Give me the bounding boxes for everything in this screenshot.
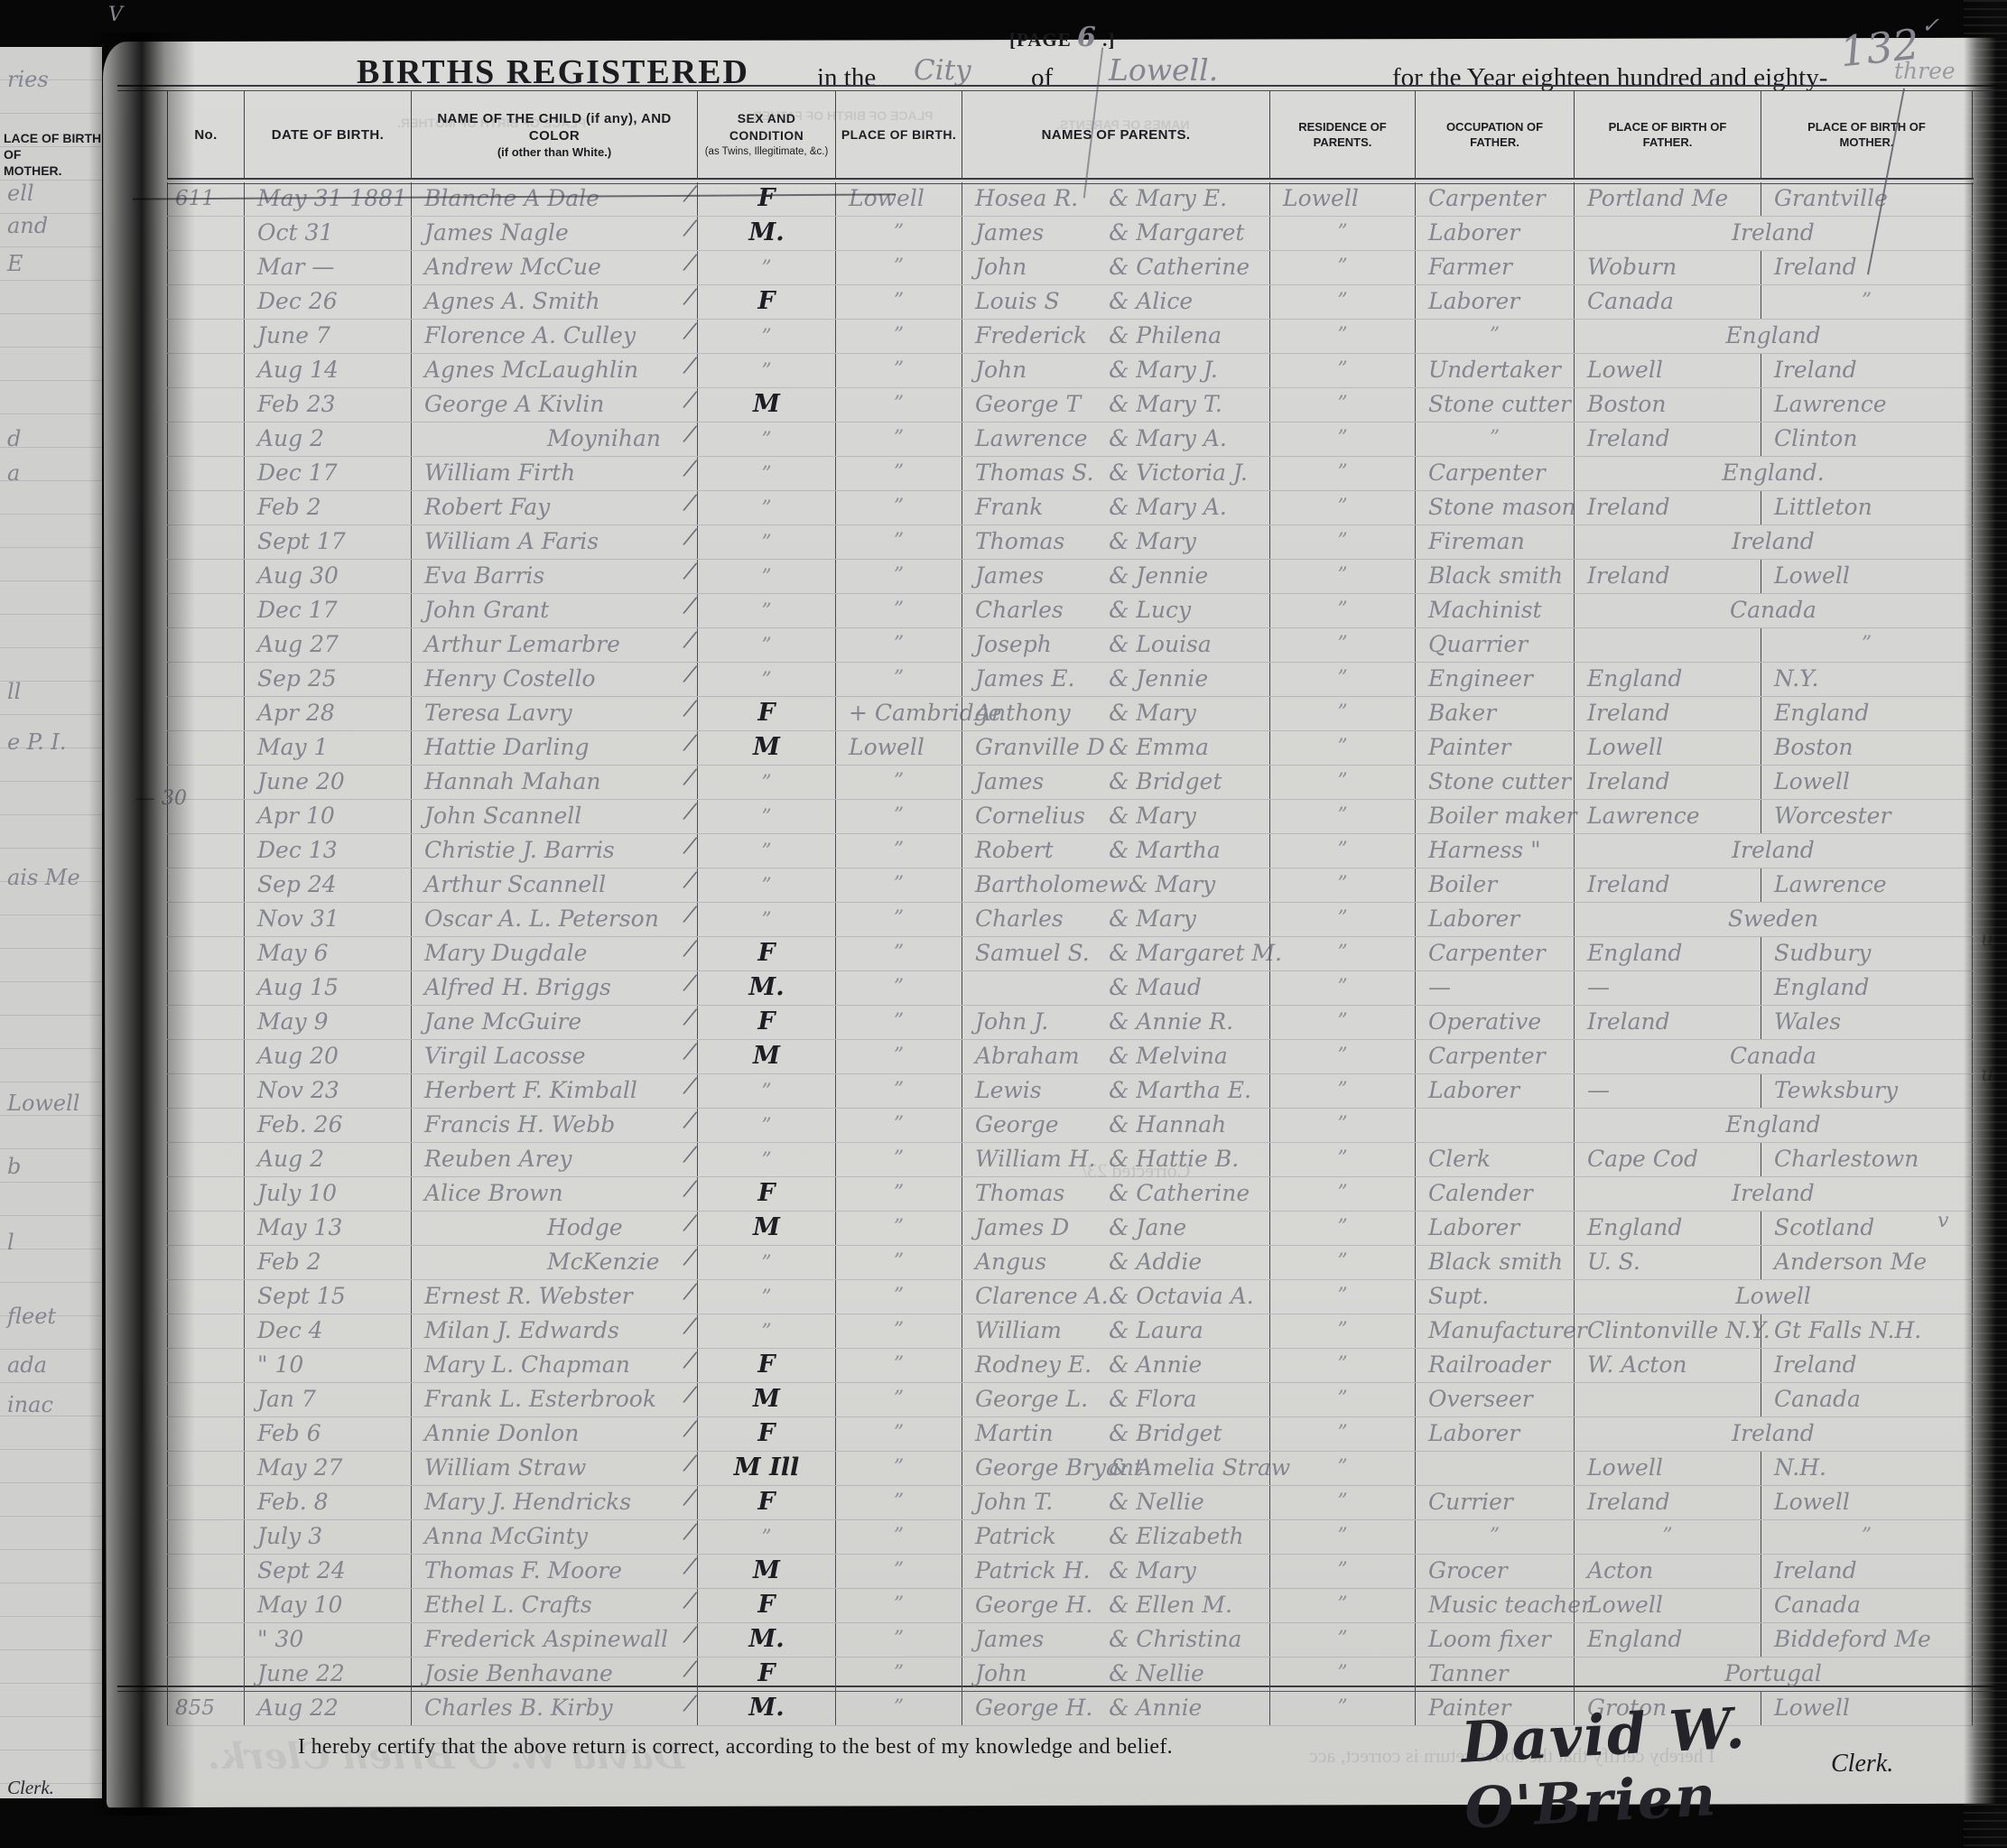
previous-page-fragment: E: [7, 251, 23, 276]
cell-sex: ⁄M: [697, 1040, 835, 1073]
cell-sex: ⁄”: [697, 1143, 835, 1176]
previous-page-fragment: Lowell: [7, 1091, 79, 1116]
cell-sex: ⁄”: [697, 594, 835, 627]
cell-date: Dec 17: [244, 457, 411, 490]
cell-date: Feb 2: [244, 1246, 411, 1279]
cell-occupation: Quarrier: [1415, 628, 1574, 662]
cell-parents: George L.& Flora: [962, 1383, 1269, 1416]
cell-mother-birthplace: Littleton: [1761, 491, 1973, 525]
cell-birthplace: ”: [835, 1623, 962, 1657]
cell-parents-birthplace-span: Ireland: [1574, 834, 1973, 868]
cell-sex: ⁄F: [697, 1349, 835, 1382]
cell-date: " 30: [244, 1623, 411, 1657]
table-row: May 9Jane McGuire⁄F”John J.& Annie R.”Op…: [167, 1006, 1973, 1040]
cell-birthplace: ”: [835, 1692, 962, 1725]
table-row: Aug 20Virgil Lacosse⁄M”Abraham& Melvina”…: [167, 1040, 1973, 1074]
cell-residence: ”: [1269, 1658, 1415, 1691]
cell-residence: ”: [1269, 423, 1415, 456]
cell-child-name: McKenzie: [411, 1246, 697, 1279]
cell-birthplace: ”: [835, 1417, 962, 1451]
cell-date: Apr 28: [244, 697, 411, 730]
cell-father-birthplace: England: [1574, 1212, 1761, 1245]
cell-father-birthplace: [1574, 1383, 1761, 1416]
col-header-sex: SEX AND CONDITION(as Twins, Illegitimate…: [697, 90, 835, 179]
cell-parents: James& Jennie: [962, 560, 1269, 593]
cell-child-name: Alice Brown: [411, 1177, 697, 1211]
cell-no: [167, 1314, 244, 1348]
cell-residence: ”: [1269, 800, 1415, 833]
cell-occupation: Machinist: [1415, 594, 1574, 627]
cell-no: [167, 1383, 244, 1416]
cell-occupation: Stone cutter: [1415, 766, 1574, 799]
cell-occupation: Currier: [1415, 1486, 1574, 1519]
cell-parents-birthplace-span: Ireland: [1574, 217, 1973, 250]
pencil-margin-mark: — 30: [135, 787, 187, 810]
cell-sex: ⁄”: [697, 251, 835, 284]
table-row: May 6Mary Dugdale⁄F”Samuel S.& Margaret …: [167, 937, 1973, 971]
cell-mother-birthplace: ”: [1761, 628, 1973, 662]
cell-occupation: ”: [1415, 320, 1574, 353]
cell-residence: ”: [1269, 1314, 1415, 1348]
cell-residence: ”: [1269, 697, 1415, 730]
cell-child-name: Anna McGinty: [411, 1520, 697, 1554]
cell-birthplace: ”: [835, 1177, 962, 1211]
cell-parents: Thomas& Mary: [962, 525, 1269, 559]
cell-birthplace: ”: [835, 217, 962, 250]
table-row: Apr 28Teresa Lavry⁄F+ CambridgeAnthony& …: [167, 697, 1973, 731]
cell-sex: ⁄”: [697, 800, 835, 833]
cell-no: [167, 594, 244, 627]
cell-residence: ”: [1269, 1623, 1415, 1657]
cell-birthplace: ”: [835, 628, 962, 662]
cell-father-birthplace: Canada: [1574, 285, 1761, 319]
table-row: " 10Mary L. Chapman⁄F”Rodney E.& Annie”R…: [167, 1349, 1973, 1383]
cell-parents: George H.& Ellen M.: [962, 1589, 1269, 1622]
cell-birthplace: ”: [835, 251, 962, 284]
cell-sex: ⁄F: [697, 1417, 835, 1451]
cell-residence: ”: [1269, 1486, 1415, 1519]
cell-residence: ”: [1269, 1143, 1415, 1176]
cell-no: [167, 1109, 244, 1142]
cell-birthplace: ”: [835, 1246, 962, 1279]
cell-no: [167, 560, 244, 593]
previous-page-fragment: ais Me: [7, 865, 80, 890]
cell-occupation: Calender: [1415, 1177, 1574, 1211]
cell-father-birthplace: Portland Me: [1574, 182, 1761, 216]
table-row: Dec 17John Grant⁄””Charles& Lucy”Machini…: [167, 594, 1973, 628]
previous-page-fragment: inac: [7, 1392, 53, 1417]
cell-mother-birthplace: England: [1761, 971, 1973, 1005]
cell-child-name: Florence A. Culley: [411, 320, 697, 353]
cell-mother-birthplace: N.H.: [1761, 1452, 1973, 1485]
cell-occupation: Stone mason: [1415, 491, 1574, 525]
cell-date: Aug 2: [244, 423, 411, 456]
cell-child-name: Arthur Lemarbre: [411, 628, 697, 662]
cell-occupation: Operative: [1415, 1006, 1574, 1039]
cell-residence: ”: [1269, 731, 1415, 765]
cell-sex: ⁄”: [697, 868, 835, 902]
col-header-occupation: OCCUPATION OFFATHER.: [1415, 90, 1574, 179]
cell-birthplace: ”: [835, 1280, 962, 1314]
cell-sex: ⁄F: [697, 285, 835, 319]
cell-occupation: Carpenter: [1415, 1040, 1574, 1073]
cell-parents: Samuel S.& Margaret M.: [962, 937, 1269, 970]
col-header-father-birthplace: PLACE OF BIRTH OFFATHER.: [1574, 90, 1761, 179]
cell-occupation: Manufacturer: [1415, 1314, 1574, 1348]
cell-child-name: Agnes A. Smith: [411, 285, 697, 319]
table-row: Feb 2Robert Fay⁄””Frank& Mary A.”Stone m…: [167, 491, 1973, 525]
cell-child-name: Blanche A Dale: [411, 182, 697, 216]
col-header-place: PLACE OF BIRTH.: [835, 90, 962, 179]
cell-residence: ”: [1269, 388, 1415, 422]
cell-parents: Robert& Martha: [962, 834, 1269, 868]
cell-no: 855: [167, 1692, 244, 1725]
col-header-parents: NAMES OF PARENTS.: [962, 90, 1269, 179]
cell-residence: ”: [1269, 560, 1415, 593]
cell-mother-birthplace: Ireland: [1761, 1349, 1973, 1382]
cell-parents: George& Hannah: [962, 1109, 1269, 1142]
cell-father-birthplace: —: [1574, 971, 1761, 1005]
cell-parents: Joseph& Louisa: [962, 628, 1269, 662]
cell-child-name: Josie Benhavane: [411, 1658, 697, 1691]
cell-mother-birthplace: Anderson Me: [1761, 1246, 1973, 1279]
cell-parents: Frank& Mary A.: [962, 491, 1269, 525]
cell-sex: ⁄F: [697, 1006, 835, 1039]
cell-parents: Frederick& Philena: [962, 320, 1269, 353]
cell-residence: ”: [1269, 1074, 1415, 1108]
cell-occupation: Farmer: [1415, 251, 1574, 284]
table-row: Aug 2Moynihan⁄””Lawrence& Mary A.””Irela…: [167, 423, 1973, 457]
table-row: June 20Hannah Mahan⁄””James& Bridget”Sto…: [167, 766, 1973, 800]
pencil-margin-mark: V: [108, 4, 123, 26]
cell-date: Dec 17: [244, 594, 411, 627]
cell-birthplace: ”: [835, 1314, 962, 1348]
cell-father-birthplace: [1574, 628, 1761, 662]
cell-birthplace: ”: [835, 1452, 962, 1485]
cell-occupation: —: [1415, 971, 1574, 1005]
cell-occupation: Carpenter: [1415, 937, 1574, 970]
cell-birthplace: ”: [835, 560, 962, 593]
col-header-date: DATE OF BIRTH.: [244, 90, 411, 179]
cell-no: [167, 1658, 244, 1691]
cell-child-name: Agnes McLaughlin: [411, 354, 697, 387]
cell-father-birthplace: Lowell: [1574, 1589, 1761, 1622]
cell-child-name: Henry Costello: [411, 663, 697, 696]
cell-child-name: Reuben Arey: [411, 1143, 697, 1176]
cell-sex: ⁄”: [697, 354, 835, 387]
cell-child-name: Oscar A. L. Peterson: [411, 903, 697, 936]
cell-no: [167, 1452, 244, 1485]
cell-date: May 6: [244, 937, 411, 970]
pencil-margin-mark: u: [1981, 1063, 1993, 1086]
cell-birthplace: ”: [835, 1109, 962, 1142]
cell-parents: George Bryant& Amelia Straw: [962, 1452, 1269, 1485]
table-row: Sep 24Arthur Scannell⁄””Bartholomew& Mar…: [167, 868, 1973, 903]
table-row: Mar —Andrew McCue⁄””John& Catherine”Farm…: [167, 251, 1973, 285]
cell-residence: ”: [1269, 1589, 1415, 1622]
cell-occupation: Black smith: [1415, 1246, 1574, 1279]
cell-no: [167, 491, 244, 525]
cell-date: Aug 15: [244, 971, 411, 1005]
cell-father-birthplace: England: [1574, 663, 1761, 696]
cell-no: [167, 1280, 244, 1314]
cell-parents-birthplace-span: Canada: [1574, 594, 1973, 627]
cell-parents: Patrick& Elizabeth: [962, 1520, 1269, 1554]
cell-birthplace: ”: [835, 457, 962, 490]
cell-no: [167, 1040, 244, 1073]
table-row: Sept 15Ernest R. Webster⁄””Clarence A.& …: [167, 1280, 1973, 1314]
table-header-row: No. DATE OF BIRTH. NAME OF THE CHILD (if…: [167, 90, 1973, 179]
table-row: Dec 17William Firth⁄””Thomas S.& Victori…: [167, 457, 1973, 491]
previous-page-fragment: ada: [7, 1352, 47, 1378]
cell-child-name: Charles B. Kirby: [411, 1692, 697, 1725]
cell-parents: George H.& Annie: [962, 1692, 1269, 1725]
cell-sex: ⁄M Ill: [697, 1452, 835, 1485]
cell-father-birthplace: Lowell: [1574, 1452, 1761, 1485]
cell-father-birthplace: Ireland: [1574, 868, 1761, 902]
cell-residence: ”: [1269, 217, 1415, 250]
cell-date: June 20: [244, 766, 411, 799]
cell-birthplace: ”: [835, 320, 962, 353]
cell-residence: ”: [1269, 834, 1415, 868]
cell-sex: ⁄M: [697, 1555, 835, 1588]
cell-date: May 10: [244, 1589, 411, 1622]
cell-sex: ⁄”: [697, 766, 835, 799]
cell-child-name: Teresa Lavry: [411, 697, 697, 730]
cell-no: [167, 388, 244, 422]
cell-mother-birthplace: Biddeford Me: [1761, 1623, 1973, 1657]
cell-date: Dec 4: [244, 1314, 411, 1348]
cell-mother-birthplace: Ireland: [1761, 251, 1973, 284]
cell-parents: John& Nellie: [962, 1658, 1269, 1691]
cell-date: Aug 27: [244, 628, 411, 662]
cell-birthplace: ”: [835, 937, 962, 970]
cell-parents: Lawrence& Mary A.: [962, 423, 1269, 456]
certification-text: I hereby certify that the above return i…: [298, 1735, 1173, 1760]
cell-father-birthplace: W. Acton: [1574, 1349, 1761, 1382]
col-header-no: No.: [167, 90, 244, 179]
cell-date: Feb 23: [244, 388, 411, 422]
cell-no: [167, 423, 244, 456]
cell-date: Aug 30: [244, 560, 411, 593]
cell-no: [167, 457, 244, 490]
cell-occupation: Clerk: [1415, 1143, 1574, 1176]
cell-residence: ”: [1269, 1349, 1415, 1382]
clerk-label: Clerk.: [1831, 1750, 1893, 1778]
cell-child-name: Ernest R. Webster: [411, 1280, 697, 1314]
cell-sex: ⁄M: [697, 388, 835, 422]
cell-father-birthplace: Ireland: [1574, 423, 1761, 456]
cell-child-name: William A Faris: [411, 525, 697, 559]
cell-no: [167, 1417, 244, 1451]
cell-parents-birthplace-span: Ireland: [1574, 1177, 1973, 1211]
col-header-mother-birthplace: PLACE OF BIRTH OFMOTHER.: [1761, 90, 1973, 179]
cell-occupation: Laborer: [1415, 217, 1574, 250]
cell-birthplace: + Cambridge: [835, 697, 962, 730]
cell-birthplace: ”: [835, 663, 962, 696]
cell-date: Mar —: [244, 251, 411, 284]
cell-no: [167, 663, 244, 696]
cell-child-name: Herbert F. Kimball: [411, 1074, 697, 1108]
table-row: Dec 4Milan J. Edwards⁄””William& Laura”M…: [167, 1314, 1973, 1349]
cell-child-name: George A Kivlin: [411, 388, 697, 422]
cell-no: [167, 1212, 244, 1245]
cell-occupation: Carpenter: [1415, 182, 1574, 216]
cell-birthplace: ”: [835, 1074, 962, 1108]
previous-page-fragment: e P. I.: [7, 729, 66, 755]
cell-father-birthplace: Clintonville N.Y.: [1574, 1314, 1761, 1348]
cell-mother-birthplace: Wales: [1761, 1006, 1973, 1039]
cell-child-name: Hodge: [411, 1212, 697, 1245]
table-row: Oct 31James Nagle⁄M.”James& Margaret”Lab…: [167, 217, 1973, 251]
cell-child-name: John Scannell: [411, 800, 697, 833]
cell-residence: ”: [1269, 766, 1415, 799]
cell-child-name: William Straw: [411, 1452, 697, 1485]
cell-residence: ”: [1269, 594, 1415, 627]
table-row: Aug 30Eva Barris⁄””James& Jennie”Black s…: [167, 560, 1973, 594]
cell-parents: John T.& Nellie: [962, 1486, 1269, 1519]
table-row: May 1Hattie Darling⁄MLowellGranville D& …: [167, 731, 1973, 766]
cell-sex: ⁄”: [697, 903, 835, 936]
cell-parents: Louis S& Alice: [962, 285, 1269, 319]
cell-occupation: ”: [1415, 1520, 1574, 1554]
cell-father-birthplace: Cape Cod: [1574, 1143, 1761, 1176]
cell-date: Aug 20: [244, 1040, 411, 1073]
cell-residence: ”: [1269, 1280, 1415, 1314]
cell-residence: ”: [1269, 1246, 1415, 1279]
cell-birthplace: ”: [835, 766, 962, 799]
cell-date: May 1: [244, 731, 411, 765]
cell-sex: ⁄”: [697, 663, 835, 696]
cell-residence: ”: [1269, 1452, 1415, 1485]
cell-father-birthplace: Boston: [1574, 388, 1761, 422]
cell-date: July 3: [244, 1520, 411, 1554]
table-row: Aug 14Agnes McLaughlin⁄””John& Mary J.”U…: [167, 354, 1973, 388]
cell-birthplace: ”: [835, 1520, 962, 1554]
cell-no: [167, 1555, 244, 1588]
cell-date: Apr 10: [244, 800, 411, 833]
cell-occupation: Grocer: [1415, 1555, 1574, 1588]
cell-sex: ⁄”: [697, 320, 835, 353]
table-row: July 3Anna McGinty⁄””Patrick& Elizabeth”…: [167, 1520, 1973, 1555]
cell-child-name: Virgil Lacosse: [411, 1040, 697, 1073]
cell-no: [167, 1349, 244, 1382]
cell-occupation: Fireman: [1415, 525, 1574, 559]
cell-mother-birthplace: Lowell: [1761, 560, 1973, 593]
table-row: Feb. 26Francis H. Webb⁄””George& Hannah”…: [167, 1109, 1973, 1143]
table-row: Dec 13Christie J. Barris⁄””Robert& Marth…: [167, 834, 1973, 868]
cell-father-birthplace: Ireland: [1574, 491, 1761, 525]
cell-parents: & Maud: [962, 971, 1269, 1005]
previous-page-fragment: ell: [7, 181, 34, 206]
cell-residence: ”: [1269, 903, 1415, 936]
cell-parents: William H.& Hattie B.: [962, 1143, 1269, 1176]
cell-father-birthplace: Acton: [1574, 1555, 1761, 1588]
cell-no: [167, 1246, 244, 1279]
table-row: Feb 2McKenzie⁄””Angus& Addie”Black smith…: [167, 1246, 1973, 1280]
pencil-folio-number: 132: [1837, 20, 1921, 77]
cell-sex: ⁄M.: [697, 1623, 835, 1657]
cell-birthplace: ”: [835, 1212, 962, 1245]
cell-no: [167, 868, 244, 902]
cell-child-name: Jane McGuire: [411, 1006, 697, 1039]
cell-sex: ⁄M.: [697, 971, 835, 1005]
cell-residence: ”: [1269, 1417, 1415, 1451]
cell-mother-birthplace: ”: [1761, 1520, 1973, 1554]
cell-child-name: Hannah Mahan: [411, 766, 697, 799]
cell-mother-birthplace: Ireland: [1761, 1555, 1973, 1588]
cell-father-birthplace: England: [1574, 937, 1761, 970]
cell-residence: ”: [1269, 868, 1415, 902]
cell-residence: ”: [1269, 285, 1415, 319]
cell-sex: ⁄”: [697, 1074, 835, 1108]
cell-mother-birthplace: Grantville: [1761, 182, 1973, 216]
cell-occupation: Engineer: [1415, 663, 1574, 696]
cell-occupation: Loom fixer: [1415, 1623, 1574, 1657]
cell-occupation: Laborer: [1415, 1212, 1574, 1245]
cell-occupation: Boiler maker: [1415, 800, 1574, 833]
cell-no: [167, 1006, 244, 1039]
cell-parents: Martin& Bridget: [962, 1417, 1269, 1451]
cell-date: " 10: [244, 1349, 411, 1382]
cell-parents: John J.& Annie R.: [962, 1006, 1269, 1039]
cell-mother-birthplace: Lowell: [1761, 766, 1973, 799]
cell-mother-birthplace: Ireland: [1761, 354, 1973, 387]
cell-date: May 27: [244, 1452, 411, 1485]
table-row: 611May 31 1881Blanche A Dale⁄FLowellHose…: [167, 182, 1973, 217]
cell-date: Dec 26: [244, 285, 411, 319]
cell-parents: John& Catherine: [962, 251, 1269, 284]
cell-occupation: Laborer: [1415, 903, 1574, 936]
table-row: June 22Josie Benhavane⁄F”John& Nellie”Ta…: [167, 1658, 1973, 1692]
pencil-margin-mark: v: [1937, 1210, 1948, 1232]
cell-no: [167, 971, 244, 1005]
cell-occupation: Black smith: [1415, 560, 1574, 593]
cell-mother-birthplace: Boston: [1761, 731, 1973, 765]
cell-father-birthplace: U. S.: [1574, 1246, 1761, 1279]
previous-page-fragment: fleet: [7, 1304, 56, 1329]
cell-mother-birthplace: Clinton: [1761, 423, 1973, 456]
cell-residence: ”: [1269, 971, 1415, 1005]
cell-sex: ⁄F: [697, 1177, 835, 1211]
cell-no: [167, 628, 244, 662]
cell-no: [167, 1074, 244, 1108]
cell-date: Sep 25: [244, 663, 411, 696]
cell-date: Sept 17: [244, 525, 411, 559]
cell-no: [167, 731, 244, 765]
cell-mother-birthplace: Tewksbury: [1761, 1074, 1973, 1108]
cell-no: [167, 1520, 244, 1554]
cell-occupation: Boiler: [1415, 868, 1574, 902]
cell-residence: ”: [1269, 1520, 1415, 1554]
cell-date: May 13: [244, 1212, 411, 1245]
previous-page-fragment: ll: [7, 679, 21, 704]
cell-father-birthplace: Ireland: [1574, 1006, 1761, 1039]
cell-sex: ⁄F: [697, 1658, 835, 1691]
cell-sex: ⁄F: [697, 1486, 835, 1519]
cell-child-name: Mary J. Hendricks: [411, 1486, 697, 1519]
cell-birthplace: Lowell: [835, 182, 962, 216]
cell-date: June 7: [244, 320, 411, 353]
cell-residence: Lowell: [1269, 182, 1415, 216]
cell-residence: ”: [1269, 1109, 1415, 1142]
cell-date: Aug 2: [244, 1143, 411, 1176]
cell-child-name: Christie J. Barris: [411, 834, 697, 868]
cell-residence: ”: [1269, 491, 1415, 525]
cell-parents: Anthony& Mary: [962, 697, 1269, 730]
cell-date: Oct 31: [244, 217, 411, 250]
cell-sex: ⁄”: [697, 560, 835, 593]
